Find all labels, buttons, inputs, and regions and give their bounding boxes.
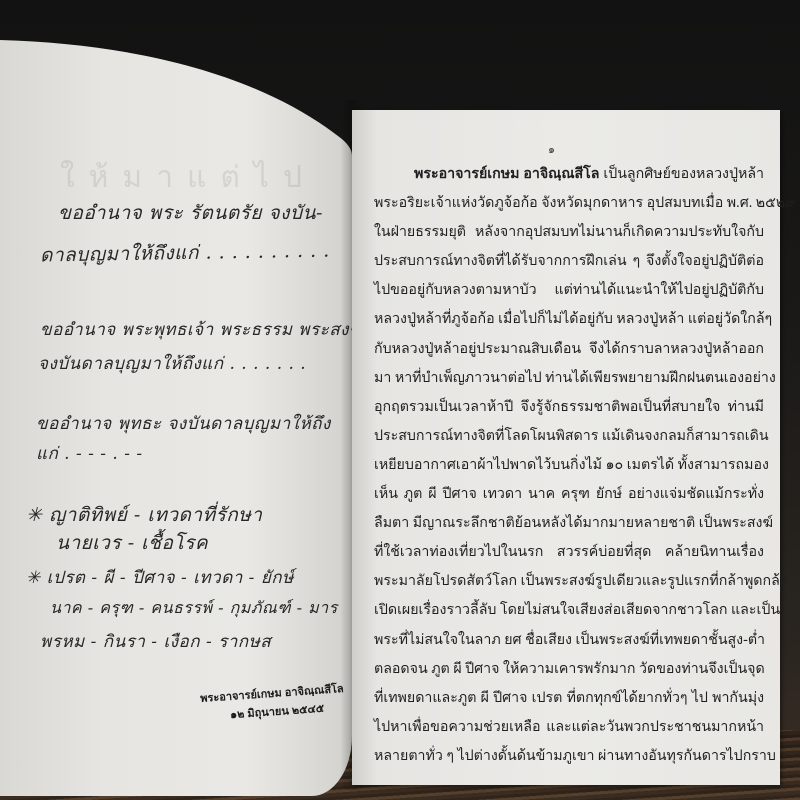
handwritten-line: ✳ เปรต - ผี - ปีศาจ - เทวดา - ยักษ์ xyxy=(26,564,294,591)
text-line: ประสบการณ์ทางจิตที่โลดโผนพิสดาร แม้เดินจ… xyxy=(374,422,764,451)
text-line: ไปหาเพื่อขอความช่วยเหลือ และแต่ละวันพวกป… xyxy=(374,713,764,742)
text-line: พระอาจารย์เกษม อาจิณฺณสีโล เป็นลูกศิษย์ข… xyxy=(374,160,764,189)
page-number: ๑ xyxy=(548,140,555,158)
text-line: เหยียบอากาศเอาผ้าไปพาดไว้บนกิ่งไม้ ๑๐ เม… xyxy=(374,451,764,480)
text-line: ไปขออยู่กับหลวงตามหาบัว แต่ท่านได้แนะนำใ… xyxy=(374,276,764,305)
lead-name: พระอาจารย์เกษม อาจิณฺณสีโล xyxy=(414,166,599,182)
right-page-printed: ๑ พระอาจารย์เกษม อาจิณฺณสีโล เป็นลูกศิษย… xyxy=(352,110,780,785)
handwritten-line: นายเวร - เชื้อโรค xyxy=(56,528,208,558)
text-line: พระที่ไม่สนใจในลาภ ยศ ชื่อเสียง เป็นพระส… xyxy=(374,626,764,655)
handwritten-line: พรหม - กินรา - เงือก - รากษส xyxy=(40,628,271,655)
text-line: หลายตาทั่ว ๆ ไปต่างดั้นด้นข้ามภูเขา ผ่าน… xyxy=(374,742,764,771)
text-line: หลวงปู่หล้าที่ภูจ้อก้อ เมื่อไปก็ไม่ได้อย… xyxy=(374,305,764,334)
body-paragraph: พระอาจารย์เกษม อาจิณฺณสีโล เป็นลูกศิษย์ข… xyxy=(374,160,764,771)
text-line: ตลอดจน ภูต ผี ปีศาจ ให้ความเคารพรักมาก ว… xyxy=(374,655,764,684)
text-line: เปิดเผยเรื่องราวลี้ลับ โดยไม่สนใจเสียงส่… xyxy=(374,596,764,625)
left-page-handwritten: ให้มาแต่ไป ขออำนาจ พระ รัตนตรัย จงบัน- ด… xyxy=(0,36,352,796)
handwritten-line: ขออำนาจ พระ รัตนตรัย จงบัน- xyxy=(58,198,323,228)
text-line: ในฝ่ายธรรมยุติ หลังจากอุปสมบทไม่นานก็เกิ… xyxy=(374,218,764,247)
handwritten-line: ✳ ญาติทิพย์ - เทวดาที่รักษา xyxy=(26,500,262,530)
text-line: ที่ใช้เวลาท่องเที่ยวไปในนรก สวรรค์บ่อยที… xyxy=(374,538,764,567)
text-line: กับหลวงปู่หล้าอยู่ประมาณสิบเดือน จึงได้ก… xyxy=(374,335,764,364)
text-line: อุกฤตรวมเป็นเวลาห้าปี จึงรู้จักธรรมชาติพ… xyxy=(374,393,764,422)
text-line: ประสบการณ์ทางจิตที่ได้รับจากการฝึกเล่น ๆ… xyxy=(374,247,764,276)
handwritten-line: ดาลบุญมาให้ถึงแก่ . . . . . . . . . . xyxy=(40,235,330,270)
text-line: พระอริยะเจ้าแห่งวัดภูจ้อก้อ จังหวัดมุกดา… xyxy=(374,189,764,218)
handwritten-line: จงบันดาลบุญมาให้ถึงแก่ . . . . . . . xyxy=(38,350,306,377)
handwritten-line: ขออำนาจ พระพุทธเจ้า พระธรรม พระสงฆ์ xyxy=(40,316,362,343)
text-line: มา หาที่บำเพ็ญภาวนาต่อไป ท่านได้เพียรพยา… xyxy=(374,364,764,393)
text-line: พระมาลัยโปรดสัตว์โลก เป็นพระสงฆ์รูปเดียว… xyxy=(374,567,764,596)
text-line: ที่เทพยดาและภูต ผี ปีศาจ เปรต ที่ตกทุกข์… xyxy=(374,684,764,713)
text-line: เห็น ภูต ผี ปีศาจ เทวดา นาค ครุฑ ยักษ์ อ… xyxy=(374,480,764,509)
handwritten-line: แก่ . - - - . - - xyxy=(36,440,143,467)
handwritten-line: นาค - ครุฑ - คนธรรพ์ - กุมภัณฑ์ - มาร xyxy=(50,596,338,621)
text-line: ลืมตา มีญาณระลึกชาติย้อนหลังได้มากมายหลา… xyxy=(374,509,764,538)
handwritten-line: ขออำนาจ พุทธะ จงบันดาลบุญมาให้ถึง xyxy=(36,410,331,437)
bleed-through-title: ให้มาแต่ไป xyxy=(60,154,316,201)
